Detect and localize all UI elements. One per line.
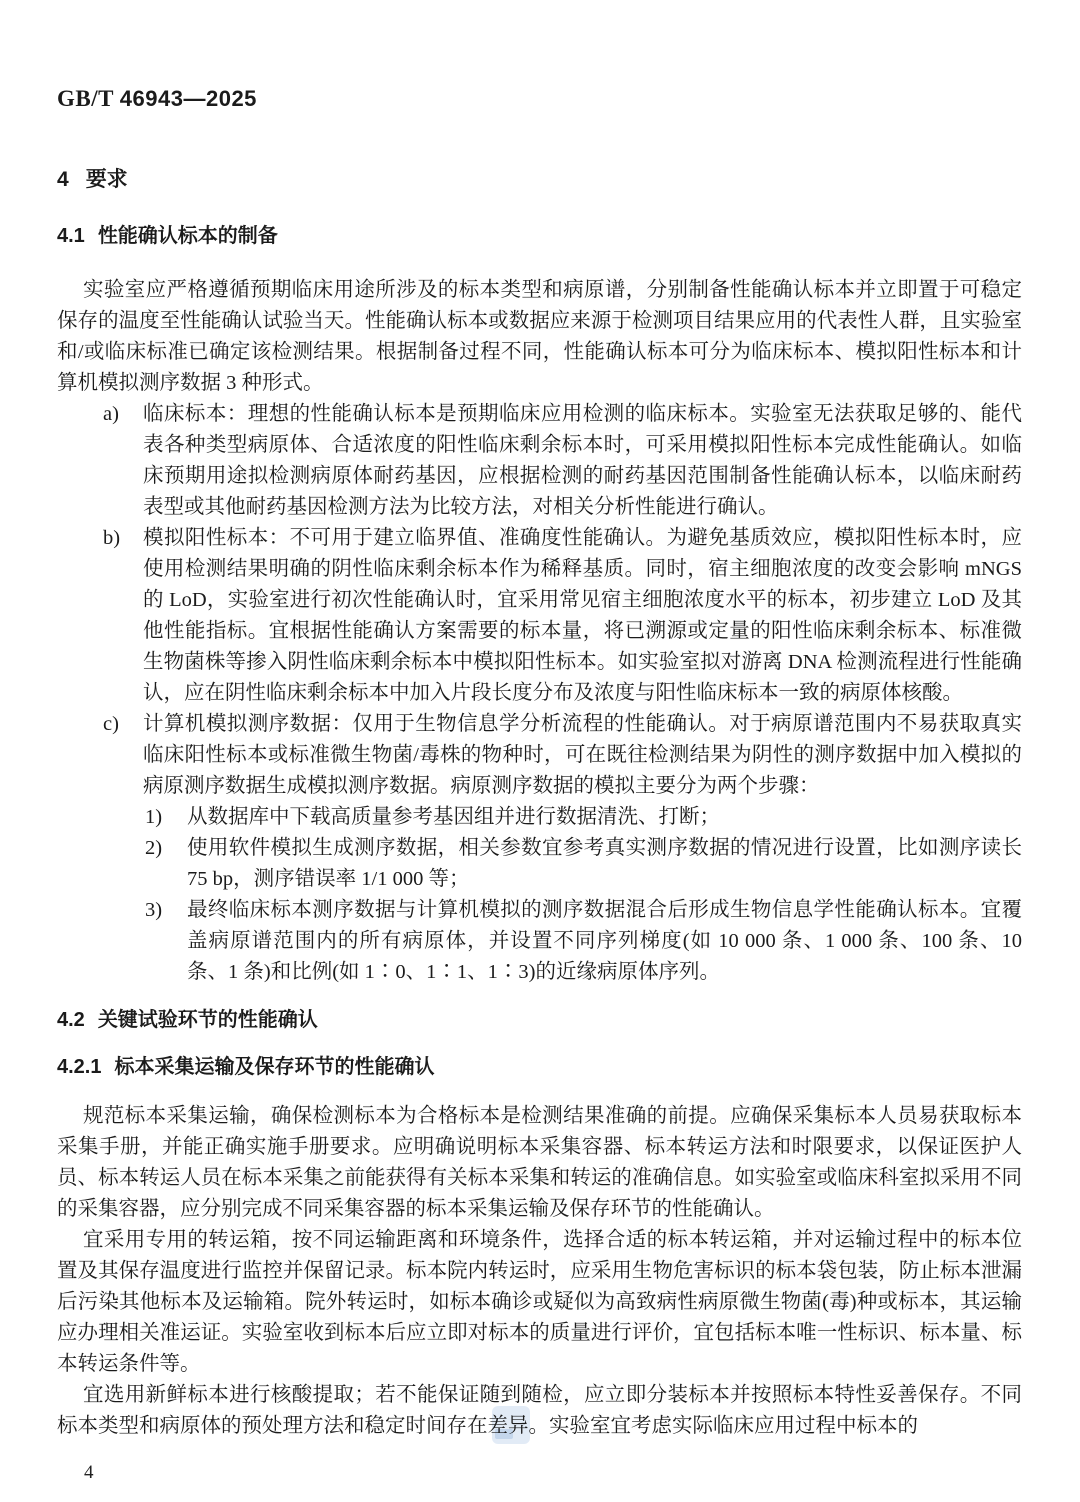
clause-4-heading: 4要求 [57,168,1022,192]
clause-4-title: 要求 [86,168,128,191]
list-item-b-label: b) [103,523,120,554]
sublist-item-2: 2) 使用软件模拟生成测序数据，相关参数宜参考真实测序数据的情况进行设置，比如测… [57,833,1022,895]
clause-4-2-heading: 4.2关键试验环节的性能确认 [57,1009,1022,1032]
clause-4-2-number: 4.2 [57,1009,85,1031]
sublist-item-1-text: 从数据库中下载高质量参考基因组并进行数据清洗、打断； [187,806,720,828]
clause-4-1-number: 4.1 [57,225,85,247]
sublist-item-1-label: 1) [145,802,162,833]
clause-4-2-1-heading: 4.2.1标本采集运输及保存环节的性能确认 [57,1056,1022,1079]
list-item-b-text: 模拟阳性标本：不可用于建立临界值、准确度性能确认。为避免基质效应，模拟阳性标本时… [143,527,1022,704]
paragraph: 规范标本采集运输，确保检测标本为合格标本是检测结果准确的前提。应确保采集标本人员… [57,1101,1022,1225]
clause-4-1-title: 性能确认标本的制备 [98,225,278,247]
page-number: 4 [84,1462,94,1484]
paragraph: 实验室应严格遵循预期临床用途所涉及的标本类型和病原谱，分别制备性能确认标本并立即… [57,275,1022,399]
standard-code-number: 46943—2025 [120,86,257,111]
list-item-c-label: c) [103,709,119,740]
sublist-item-2-label: 2) [145,833,162,864]
list-item-c: c) 计算机模拟测序数据：仅用于生物信息学分析流程的性能确认。对于病原谱范围内不… [57,709,1022,802]
paragraph: 宜采用专用的转运箱，按不同运输距离和环境条件，选择合适的标本转运箱，并对运输过程… [57,1225,1022,1380]
sublist-item-3-text: 最终临床标本测序数据与计算机模拟的测序数据混合后形成生物信息学性能确认标本。宜覆… [187,899,1022,983]
list-item-a: a) 临床标本：理想的性能确认标本是预期临床应用检测的临床标本。实验室无法获取足… [57,399,1022,523]
list-item-c-text: 计算机模拟测序数据：仅用于生物信息学分析流程的性能确认。对于病原谱范围内不易获取… [143,713,1022,797]
document-page: GB/T 46943—2025 4要求 4.1性能确认标本的制备 实验室应严格遵… [0,0,1080,1502]
clause-4-number: 4 [57,168,69,191]
sublist-item-1: 1) 从数据库中下载高质量参考基因组并进行数据清洗、打断； [57,802,1022,833]
sublist-item-2-text: 使用软件模拟生成测序数据，相关参数宜参考真实测序数据的情况进行设置，比如测序读长… [187,837,1022,890]
paragraph: 宜选用新鲜标本进行核酸提取；若不能保证随到随检，应立即分装标本并按照标本特性妥善… [57,1380,1022,1442]
clause-4-1-body: 实验室应严格遵循预期临床用途所涉及的标本类型和病原谱，分别制备性能确认标本并立即… [57,275,1022,988]
clause-4-2-1-body: 规范标本采集运输，确保检测标本为合格标本是检测结果准确的前提。应确保采集标本人员… [57,1101,1022,1442]
clause-4-2-1-title: 标本采集运输及保存环节的性能确认 [114,1056,434,1078]
clause-4-2-1-number: 4.2.1 [57,1056,101,1078]
sublist-item-3-label: 3) [145,895,162,926]
standard-code-header: GB/T 46943—2025 [57,86,1022,112]
clause-4-2-title: 关键试验环节的性能确认 [98,1009,318,1031]
standard-code-prefix: GB/T [57,86,114,111]
sublist-item-3: 3) 最终临床标本测序数据与计算机模拟的测序数据混合后形成生物信息学性能确认标本… [57,895,1022,988]
list-item-a-text: 临床标本：理想的性能确认标本是预期临床应用检测的临床标本。实验室无法获取足够的、… [143,403,1022,518]
list-item-a-label: a) [103,399,119,430]
clause-4-1-heading: 4.1性能确认标本的制备 [57,225,1022,248]
list-item-b: b) 模拟阳性标本：不可用于建立临界值、准确度性能确认。为避免基质效应，模拟阳性… [57,523,1022,709]
